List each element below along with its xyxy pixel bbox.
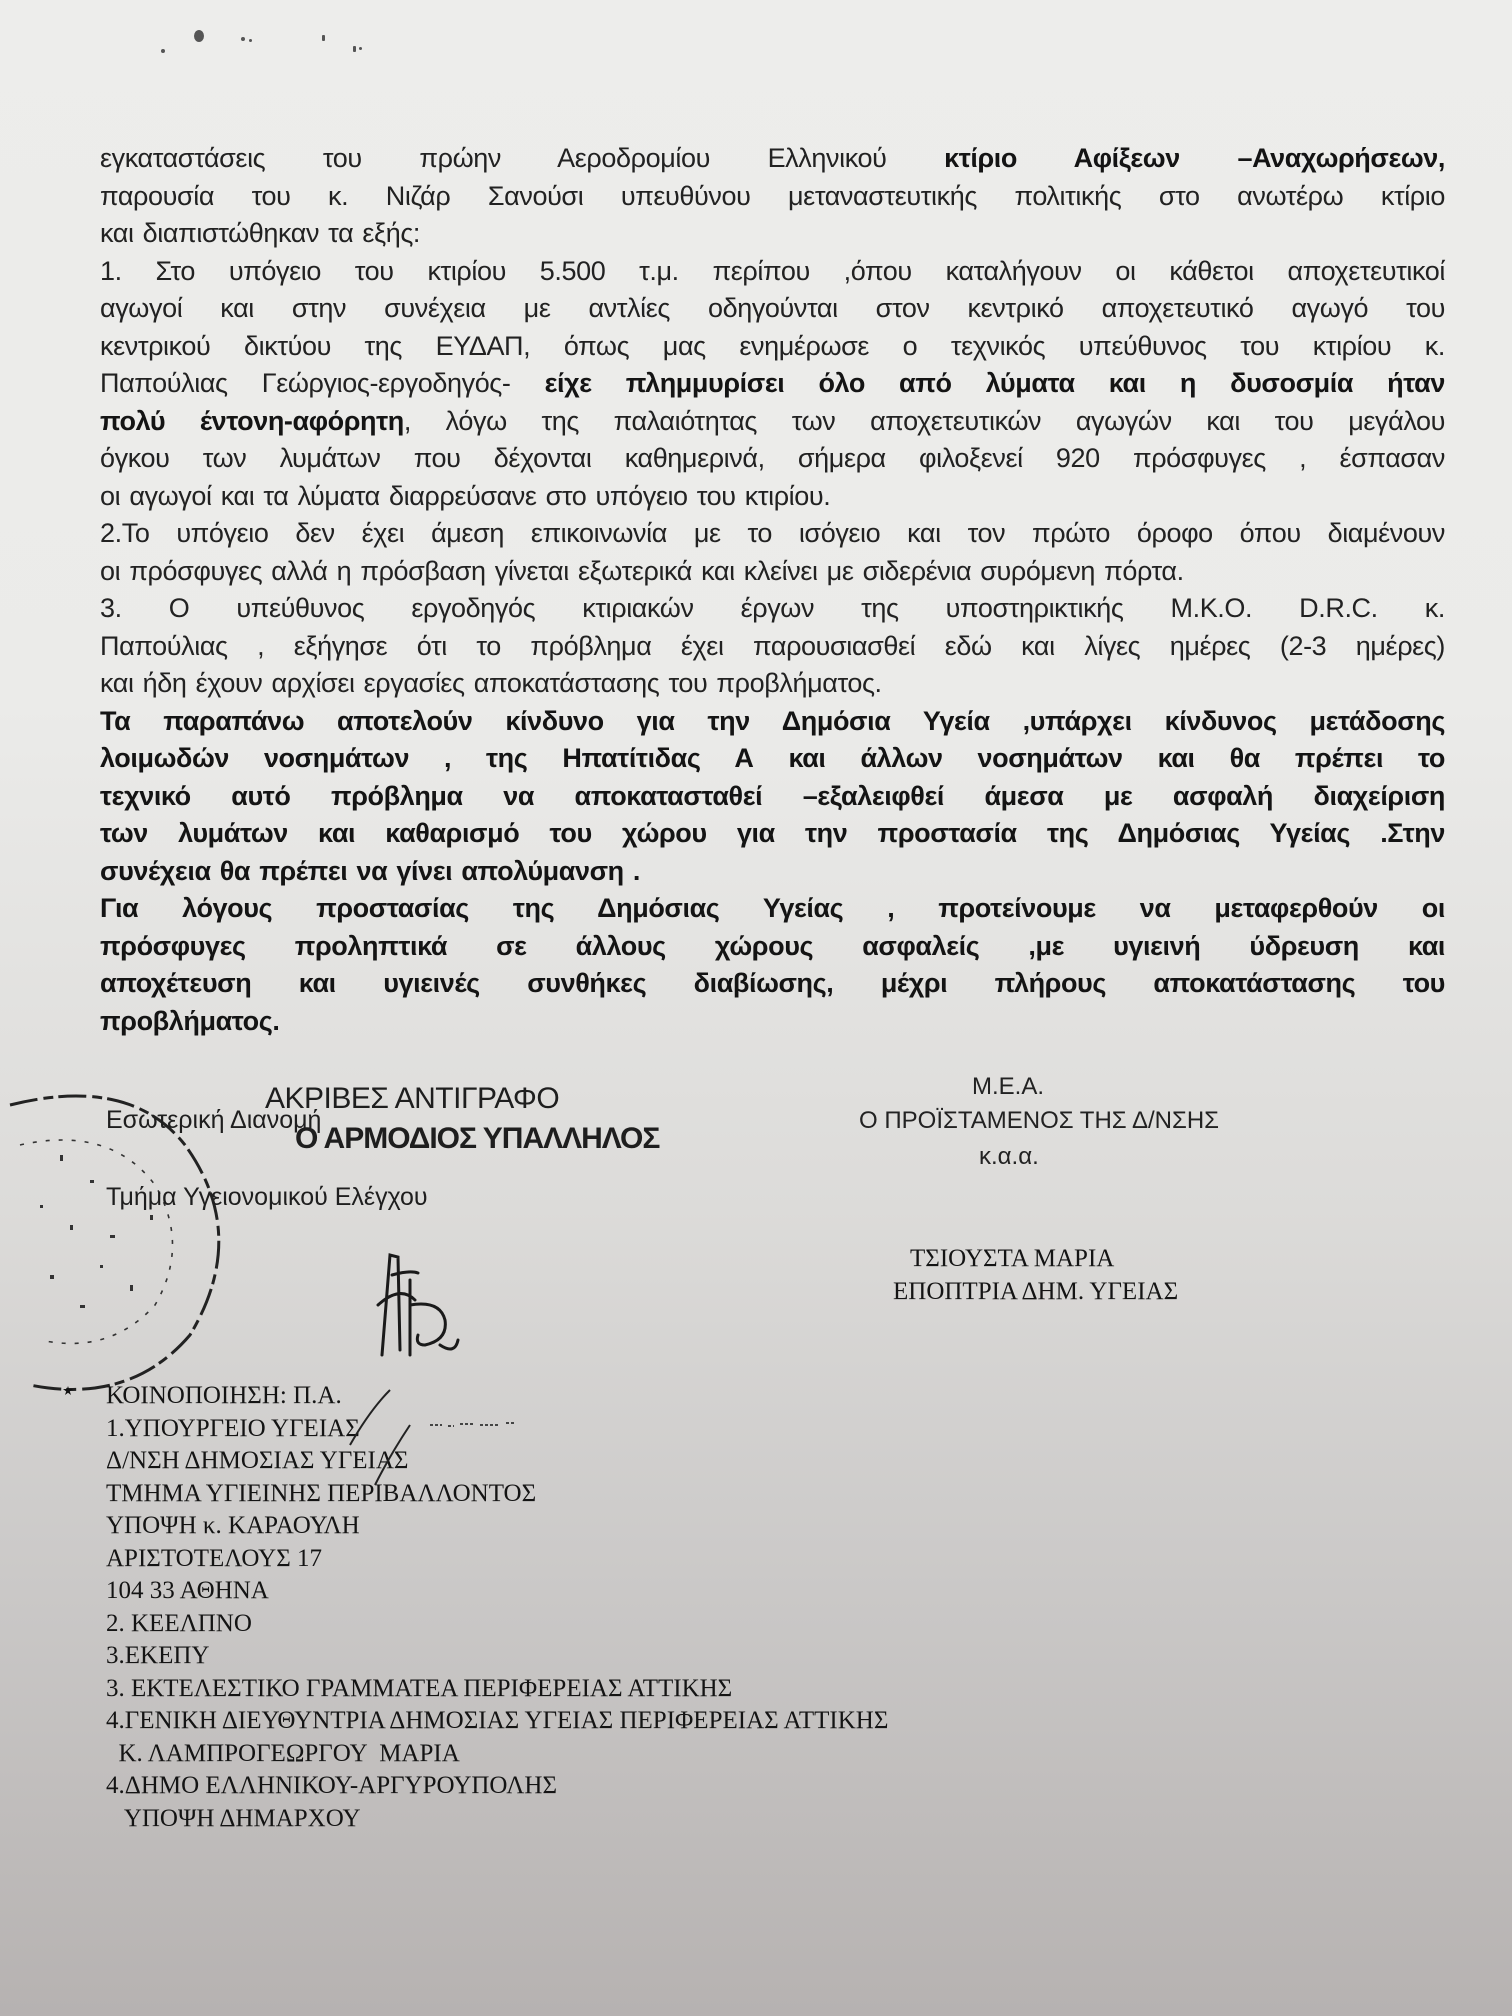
notification-item: Κ. ΛΑΜΠΡΟΓΕΩΡΓΟΥ ΜΑΡΙΑ (106, 1738, 888, 1771)
item3-line-2: Παπούλιας , εξήγησε ότι το πρόβλημα έχει… (100, 628, 1445, 666)
director-title: Ο ΠΡΟΪΣΤΑΜΕΝΟΣ ΤΗΣ Δ/ΝΣΗΣ (859, 1107, 1219, 1135)
internal-distribution-label: Εσωτερική Διανομή (106, 1106, 321, 1135)
item3-line-1: 3. Ο υπεύθυνος εργοδηγός κτιριακών έργων… (100, 590, 1445, 628)
intro-line-1: εγκαταστάσεις του πρώην Αεροδρομίου Ελλη… (100, 140, 1445, 178)
notification-item: 3. ΕΚΤΕΛΕΣΤΙΚΟ ΓΡΑΜΜΑΤΕΑ ΠΕΡΙΦΕΡΕΙΑΣ ΑΤΤ… (106, 1673, 888, 1706)
item2-line-1: 2.Το υπόγειο δεν έχει άμεση επικοινωνία … (100, 515, 1445, 553)
mea-label: Μ.Ε.Α. (972, 1073, 1044, 1101)
responsible-employee-stamp: Ο ΑΡΜΟΔΙΟΣ ΥΠΑΛΛΗΛΟΣ (295, 1122, 659, 1156)
handwritten-signature-icon (370, 1245, 470, 1365)
document-body: εγκαταστάσεις του πρώην Αεροδρομίου Ελλη… (100, 140, 1445, 1040)
notification-item: 3.ΕΚΕΠΥ (106, 1640, 888, 1673)
recommendation-line-2: πρόσφυγες προληπτικά σε άλλους χώρους ασ… (100, 928, 1445, 966)
scanned-document-page: εγκαταστάσεις του πρώην Αεροδρομίου Ελλη… (0, 0, 1512, 2016)
on-behalf-label: κ.α.α. (979, 1143, 1039, 1171)
warning-line-4: των λυμάτων και καθαρισμό του χώρου για … (100, 815, 1445, 853)
recommendation-line-3: αποχέτευση και υγιεινές συνθήκες διαβίωσ… (100, 965, 1445, 1003)
warning-line-5: συνέχεια θα πρέπει να γίνει απολύμανση . (100, 853, 1445, 891)
item1-line-5: πολύ έντονη-αφόρητη, λόγω της παλαιότητα… (100, 403, 1445, 441)
department-label: Τμήμα Υγειονομικού Ελέγχου (106, 1183, 428, 1212)
warning-line-2: λοιμωδών νοσημάτων , της Ηπατίτιδας Α κα… (100, 740, 1445, 778)
notification-item: ΥΠΟΨΗ ΔΗΜΑΡΧΟΥ (106, 1803, 888, 1836)
notification-item: ΥΠΟΨΗ κ. ΚΑΡΑΟΥΛΗ (106, 1510, 888, 1543)
recommendation-line-4: προβλήματος. (100, 1003, 1445, 1041)
signatory-title: ΕΠΟΠΤΡΙΑ ΔΗΜ. ΥΓΕΙΑΣ (893, 1278, 1178, 1306)
item2-line-2: οι πρόσφυγες αλλά η πρόσβαση γίνεται εξω… (100, 553, 1445, 591)
pen-stroke-mark (330, 1385, 560, 1505)
item1-line-6: όγκου των λυμάτων που δέχονται καθημεριν… (100, 440, 1445, 478)
item1-line-4: Παπούλιας Γεώργιος-εργοδηγός- είχε πλημμ… (100, 365, 1445, 403)
item1-line-1: 1. Στο υπόγειο του κτιρίου 5.500 τ.μ. πε… (100, 253, 1445, 291)
intro-line-3: και διαπιστώθηκαν τα εξής: (100, 215, 1445, 253)
item1-line-2: αγωγοί και στην συνέχεια με αντλίες οδηγ… (100, 290, 1445, 328)
intro-line-2: παρουσία του κ. Νιζάρ Σανούσι υπευθύνου … (100, 178, 1445, 216)
notification-item: 2. ΚΕΕΛΠΝΟ (106, 1608, 888, 1641)
item3-line-3: και ήδη έχουν αρχίσει εργασίες αποκατάστ… (100, 665, 1445, 703)
signatory-name: ΤΣΙΟΥΣΤΑ ΜΑΡΙΑ (910, 1245, 1114, 1273)
notification-item: 4.ΓΕΝΙΚΗ ΔΙΕΥΘΥΝΤΡΙΑ ΔΗΜΟΣΙΑΣ ΥΓΕΙΑΣ ΠΕΡ… (106, 1705, 888, 1738)
notification-item: 4.ΔΗΜΟ ΕΛΛΗΝΙΚΟΥ-ΑΡΓΥΡΟΥΠΟΛΗΣ (106, 1770, 888, 1803)
item1-line-3: κεντρικού δικτύου της ΕΥΔΑΠ, όπως μας εν… (100, 328, 1445, 366)
warning-line-1: Τα παραπάνω αποτελούν κίνδυνο για την Δη… (100, 703, 1445, 741)
notification-item: 104 33 ΑΘΗΝΑ (106, 1575, 888, 1608)
item1-line-7: οι αγωγοί και τα λύματα διαρρεύσανε στο … (100, 478, 1445, 516)
notification-item: ΑΡΙΣΤΟΤΕΛΟΥΣ 17 (106, 1543, 888, 1576)
warning-line-3: τεχνικό αυτό πρόβλημα να αποκατασταθεί –… (100, 778, 1445, 816)
recommendation-line-1: Για λόγους προστασίας της Δημόσιας Υγεία… (100, 890, 1445, 928)
